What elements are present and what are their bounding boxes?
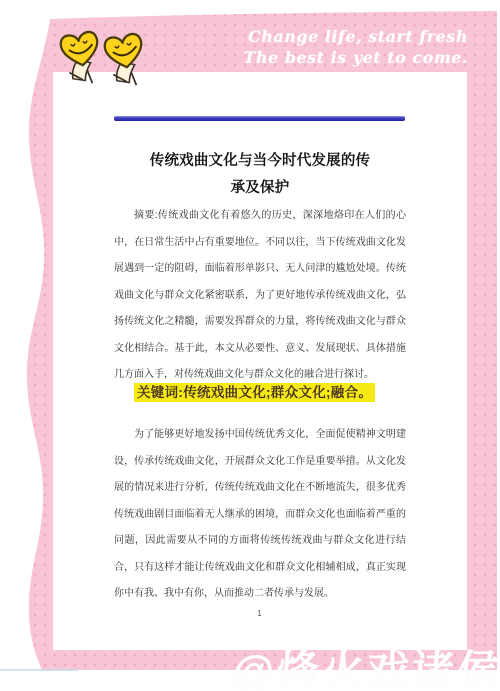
document-page: 传统戏曲文化与当今时代发展的传 承及保护 摘要:传统戏曲文化有着悠久的历史，深深…: [53, 72, 467, 650]
title-divider-bar: [114, 116, 405, 121]
page-number: 1: [53, 609, 467, 618]
title-line-1: 传统戏曲文化与当今时代发展的传: [53, 148, 467, 175]
screenshot-canvas: Change life, start fresh The best is yet…: [0, 0, 500, 691]
title-line-2: 承及保护: [53, 175, 467, 202]
heart-smiley-icon: [101, 31, 147, 88]
watermark-text: @烽火戏诸侯: [231, 638, 500, 691]
document-title: 传统戏曲文化与当今时代发展的传 承及保护: [53, 148, 467, 202]
keywords-highlight: 关键词:传统戏曲文化;群众文化;融合。: [134, 383, 375, 402]
bottom-artifact-line: [0, 669, 78, 671]
keywords-line: 关键词:传统戏曲文化;群众文化;融合。: [134, 384, 375, 402]
heart-smiley-icon: [57, 29, 103, 86]
slogan-line-2: The best is yet to come.: [244, 47, 468, 68]
abstract-paragraph: 摘要:传统戏曲文化有着悠久的历史，深深地烙印在人们的心中，在日常生活中占有重要地…: [114, 203, 406, 389]
body-paragraph: 为了能够更好地发扬中国传统优秀文化，全面促使精神文明建设，传承传统戏曲文化，开展…: [114, 422, 406, 608]
slogan-line-1: Change life, start fresh: [244, 26, 468, 47]
slogan-text: Change life, start fresh The best is yet…: [244, 26, 468, 68]
